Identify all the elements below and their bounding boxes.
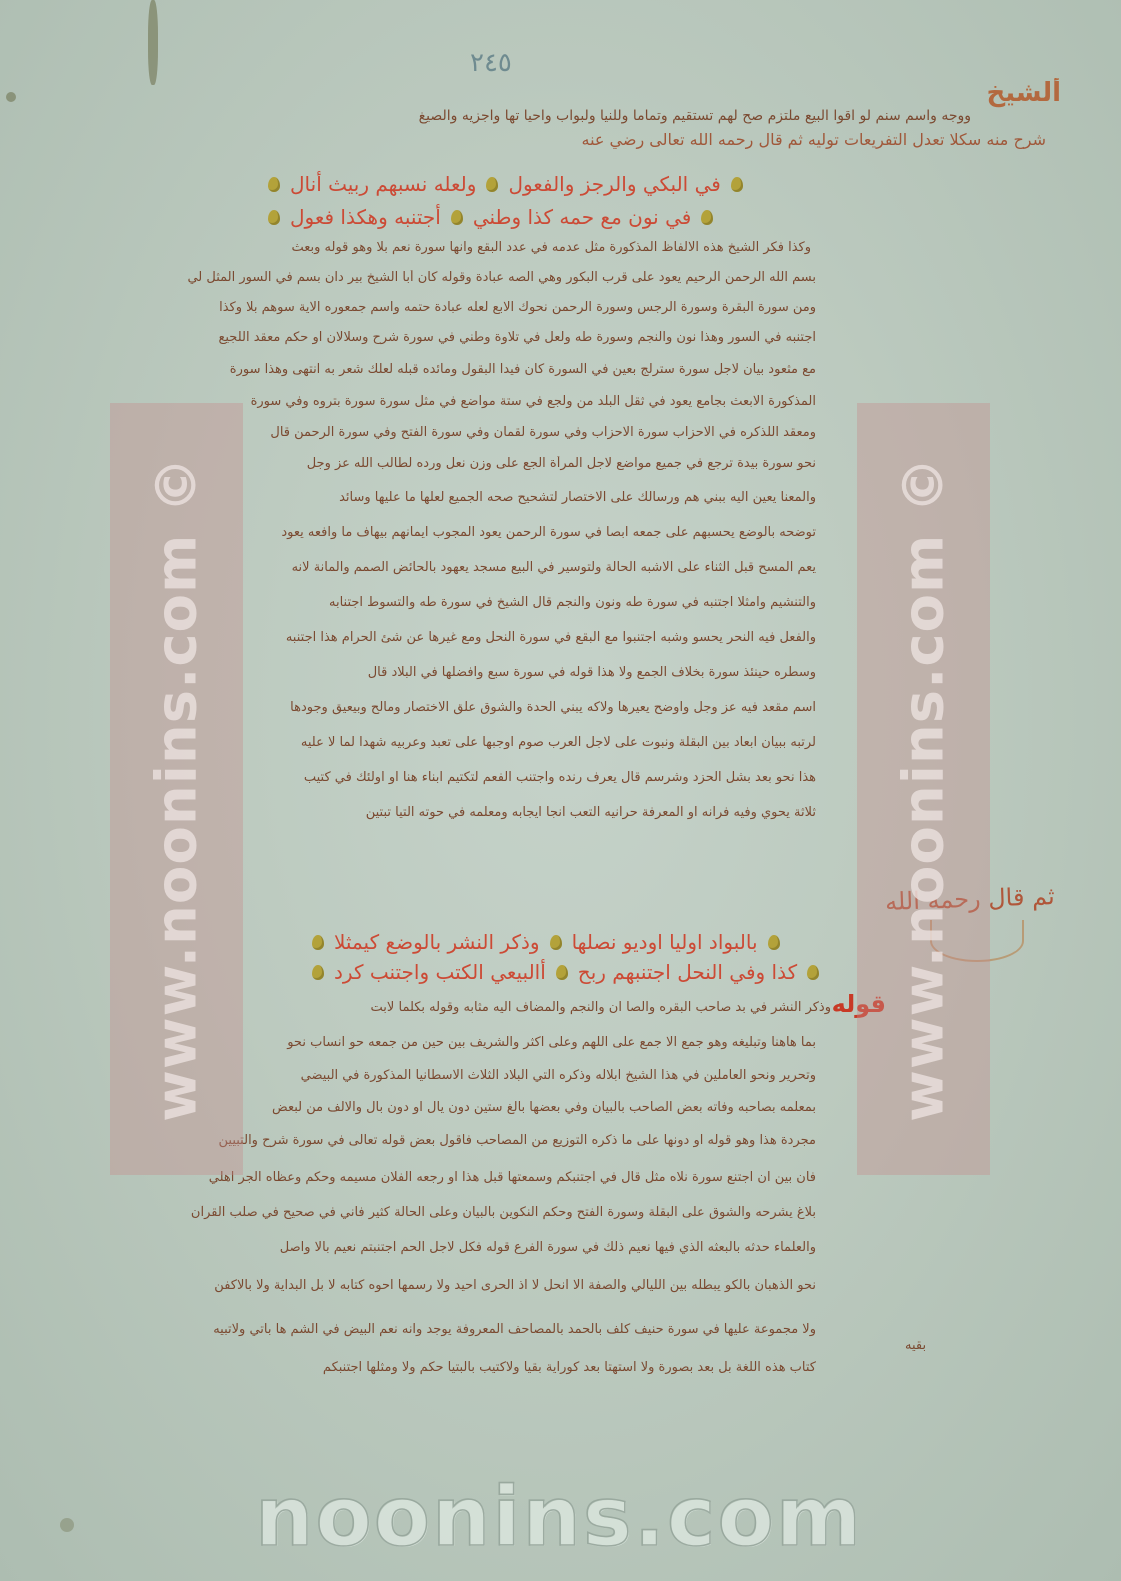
verse-marker-icon — [556, 965, 568, 980]
opening-line-1: ووجه واسم سنم لو اقوا البيع ملتزم صح لهم… — [141, 108, 971, 124]
verse-marker-icon — [768, 935, 780, 950]
verse-line-3: بالبواد اوليا اوديو نصلها وذكر النشر بال… — [312, 930, 780, 954]
verse-marker-icon — [701, 210, 713, 225]
body-line: ولا مجموعة عليها في سورة حنيف كلف بالحمد… — [116, 1322, 816, 1337]
verse-hemistich: كذا وفي النحل اجتنبهم ربح — [578, 960, 797, 984]
top-heading: ألشيخ — [987, 78, 1061, 108]
verse-line-2: في نون مع حمه كذا وطني أجتنبه وهكذا فعول — [268, 205, 713, 229]
body-line: اجتنبه في السور وهذا نون والنجم وسورة طه… — [111, 330, 816, 345]
watermark-band-right: www.noonins.com © — [857, 403, 990, 1175]
body-line: كتاب هذه اللغة بل بعد بصورة ولا استهتا ب… — [116, 1360, 816, 1375]
watermark-band-left: www.noonins.com © — [110, 403, 243, 1175]
verse-marker-icon — [807, 965, 819, 980]
verse-hemistich: وذكر النشر بالوضع كيمثلا — [334, 930, 540, 954]
verse-marker-icon — [731, 177, 743, 192]
ink-stain-top — [148, 0, 158, 85]
ink-dot-bottom-left — [60, 1518, 74, 1532]
body-line: مع مثعود بيان لاجل سورة سترلج بعين في ال… — [111, 362, 816, 377]
verse-hemistich: بالبواد اوليا اوديو نصلها — [572, 930, 758, 954]
verse-line-1: في البكي والرجز والفعول ولعله نسبهم ربيث… — [268, 172, 743, 196]
manuscript-page: ٢٤٥ ألشيخ ووجه واسم سنم لو اقوا البيع مل… — [0, 0, 1121, 1581]
verse-hemistich: أالبيعي الكتب واجتنب كرد — [334, 960, 546, 984]
watermark-text-right: www.noonins.com © — [891, 456, 956, 1122]
body-line: وذكر النشر في بد صاحب البقره والصا ان وا… — [191, 1000, 831, 1015]
margin-note-lower: بقيه — [905, 1338, 926, 1353]
verse-line-4: كذا وفي النحل اجتنبهم ربح أالبيعي الكتب … — [312, 960, 819, 984]
verse-marker-icon — [312, 965, 324, 980]
folio-number: ٢٤٥ — [470, 48, 512, 78]
body-line: بلاغ يشرحه والشوق على البقلة وسورة الفتح… — [116, 1205, 816, 1220]
watermark-text-left: www.noonins.com © — [144, 456, 209, 1122]
body-line: بسم الله الرحمن الرحيم يعود على قرب البك… — [111, 270, 816, 285]
opening-line-2: شرح منه سكلا تعدل التفريعات توليه ثم قال… — [176, 130, 1046, 149]
verse-marker-icon — [268, 177, 280, 192]
verse-marker-icon — [486, 177, 498, 192]
verse-hemistich: في البكي والرجز والفعول — [508, 172, 720, 196]
body-line: وكذا فكر الشيخ هذه الالفاظ المذكورة مثل … — [111, 240, 811, 255]
verse-hemistich: أجتنبه وهكذا فعول — [290, 205, 441, 229]
verse-hemistich: في نون مع حمه كذا وطني — [473, 205, 691, 229]
body-line: ومن سورة البقرة وسورة الرجس وسورة الرحمن… — [111, 300, 816, 315]
body-line: نحو الذهبان بالكو يبطله بين الليالي والص… — [116, 1278, 816, 1293]
verse-hemistich: ولعله نسبهم ربيث أنال — [290, 172, 476, 196]
verse-marker-icon — [312, 935, 324, 950]
verse-marker-icon — [268, 210, 280, 225]
body-line: والعلماء حدثه بالبعثه الذي فيها نعيم ذلك… — [116, 1240, 816, 1255]
verse-marker-icon — [451, 210, 463, 225]
watermark-bottom: noonins.com — [255, 1470, 863, 1565]
ink-dot-left — [6, 92, 16, 102]
verse-marker-icon — [550, 935, 562, 950]
